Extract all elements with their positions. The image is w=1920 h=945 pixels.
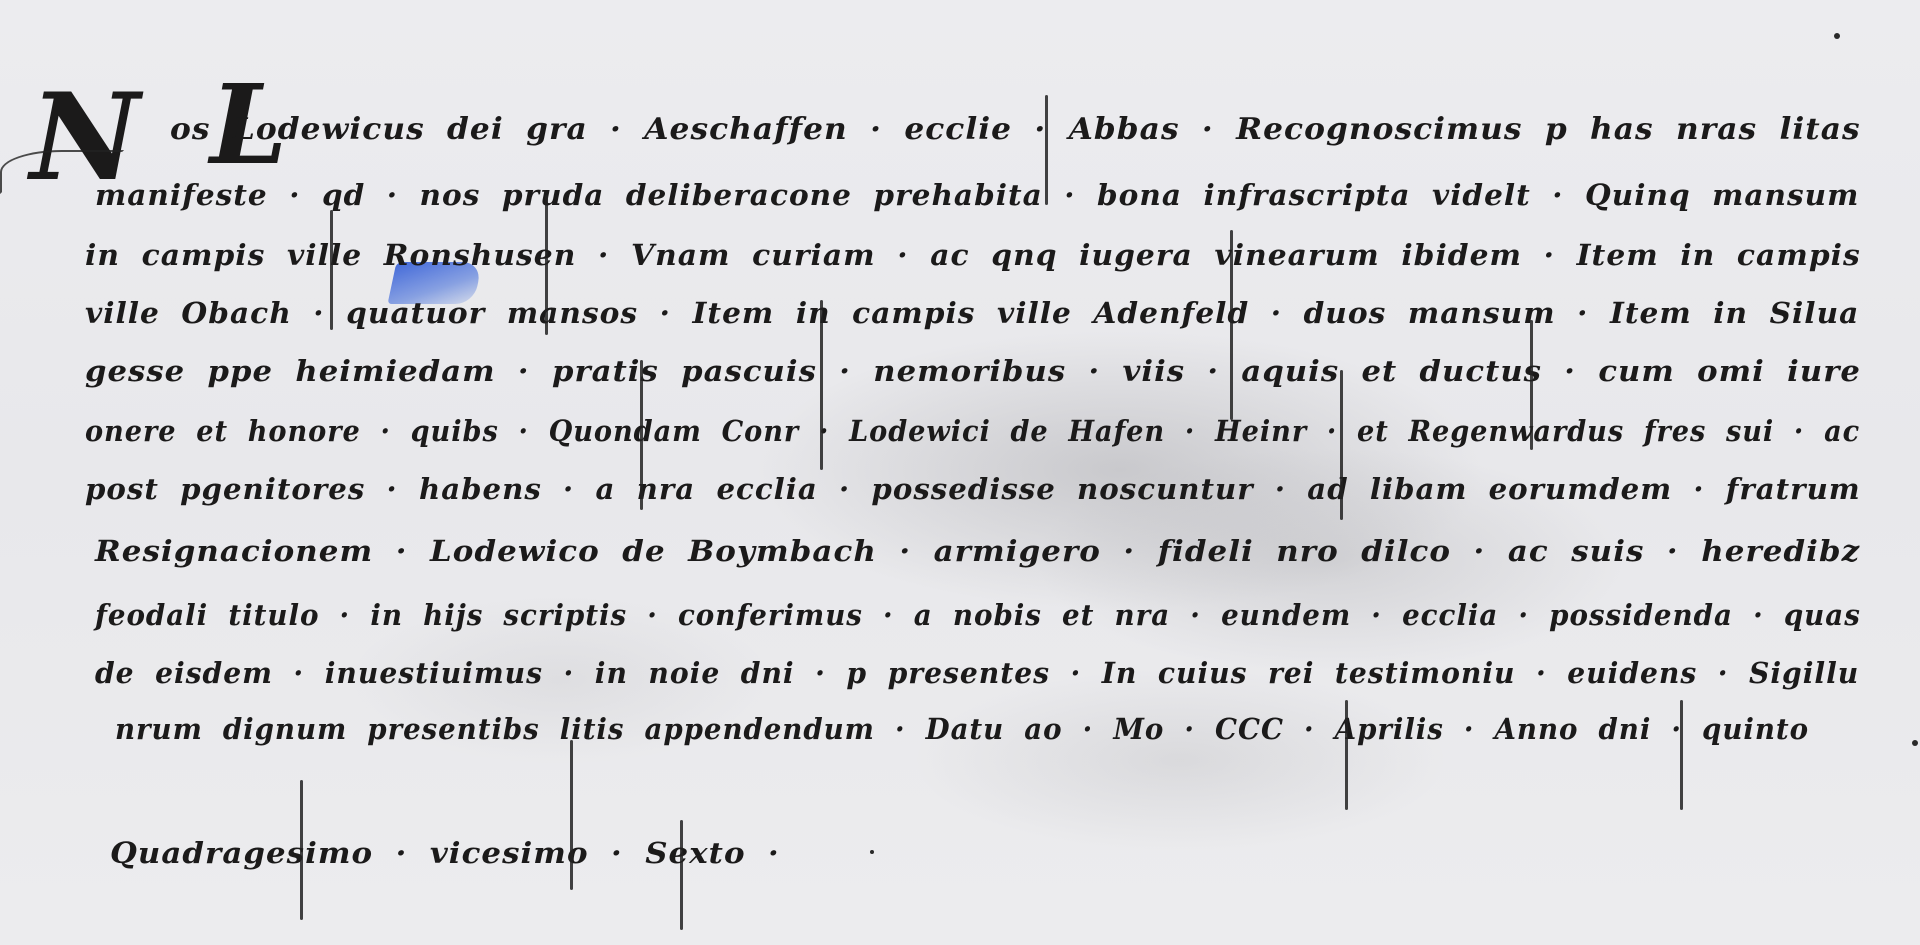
descender-stroke — [680, 820, 683, 930]
descender-stroke — [640, 360, 643, 510]
manuscript-line-4: ville Obach · quatuor mansos · Item in c… — [85, 296, 1859, 330]
descender-stroke — [1345, 700, 1348, 810]
descender-stroke — [545, 195, 548, 335]
descender-stroke — [1680, 700, 1683, 810]
manuscript-line-5: gesse ppe heimiedam · pratis pascuis · n… — [85, 354, 1861, 388]
descender-stroke — [330, 210, 333, 330]
descender-stroke — [1530, 320, 1533, 450]
descender-stroke — [300, 780, 303, 920]
descender-stroke — [1045, 95, 1048, 205]
manuscript-line-7: post pgenitores · habens · a nra ecclia … — [85, 472, 1861, 506]
descender-stroke — [1230, 230, 1233, 420]
descender-stroke — [570, 740, 573, 890]
manuscript-line-9: feodali titulo · in hijs scriptis · conf… — [95, 598, 1861, 632]
descender-stroke — [1340, 370, 1343, 520]
manuscript-page: N L os Lodewicus dei gra · Aeschaffen · … — [0, 0, 1920, 945]
ink-speck — [1834, 33, 1840, 39]
ink-speck — [1912, 740, 1918, 746]
manuscript-line-11: nrum dignum presentibs litis appendendum… — [115, 712, 1809, 746]
manuscript-line-1: os Lodewicus dei gra · Aeschaffen · eccl… — [170, 112, 1861, 147]
manuscript-line-6: onere et honore · quibs · Quondam Conr ·… — [85, 414, 1860, 448]
manuscript-line-10: de eisdem · inuestiuimus · in noie dni ·… — [95, 656, 1859, 690]
manuscript-line-8: Resignacionem · Lodewico de Boymbach · a… — [95, 534, 1860, 568]
descender-stroke — [820, 300, 823, 470]
manuscript-line-2: manifeste · qd · nos pruda deliberacone … — [95, 178, 1859, 212]
manuscript-line-3: in campis ville Ronshusen · Vnam curiam … — [85, 238, 1861, 272]
ink-speck — [870, 850, 874, 854]
